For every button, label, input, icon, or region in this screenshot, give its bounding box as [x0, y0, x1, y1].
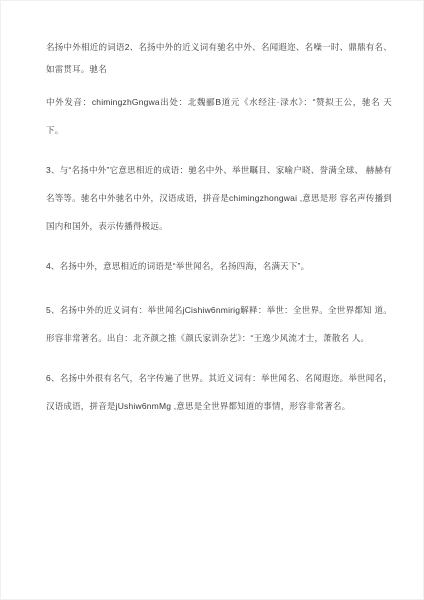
- document-viewport: 名扬中外相近的词语2、名扬中外的近义词有驰名中外、名闻遐迩、名噪一时、鼎鼎有名、…: [0, 0, 424, 600]
- paragraph-item-6: 6、名扬中外很有名气，名字传遍了世界。其近义词有：举世闻名、名闻遐迩。举世闻名，…: [46, 364, 392, 420]
- paragraph-synonyms-intro: 名扬中外相近的词语2、名扬中外的近义词有驰名中外、名闻遐迩、名噪一时、鼎鼎有名、…: [46, 36, 392, 80]
- paragraph-item-4: 4、名扬中外，意思相近的词语是“举世闻名，名扬四海，名满天下”。: [46, 252, 392, 280]
- paragraph-pronunciation-source: 中外发音：chimingzhGngwa出处：北魏郦B道元《水经注·渌水》：“赞拟…: [46, 88, 392, 144]
- paragraph-item-3: 3、与“名扬中外”它意思相近的成语：驰名中外、举世瞩目、家喻户晓、誉满全球、 赫…: [46, 156, 392, 240]
- document-page: 名扬中外相近的词语2、名扬中外的近义词有驰名中外、名闻遐迩、名噪一时、鼎鼎有名、…: [0, 0, 424, 600]
- paragraph-item-5: 5、名扬中外的近义词有：举世闻名jCishiw6nmirig解释：举世：全世界。…: [46, 296, 392, 352]
